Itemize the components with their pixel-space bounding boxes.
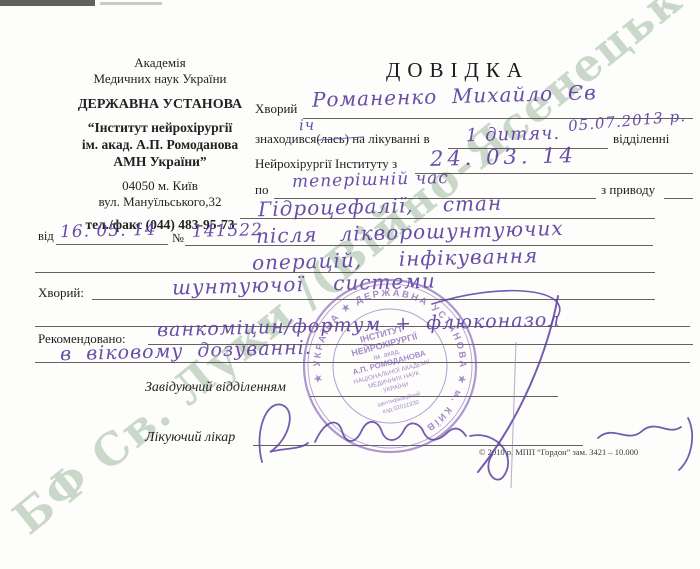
signature-right-descender — [679, 418, 692, 470]
signature-initial — [259, 404, 308, 462]
long-pen-stroke — [478, 296, 558, 472]
signature-strokes — [0, 0, 700, 569]
signature-right-squiggle — [598, 427, 681, 438]
signature-wave — [315, 422, 466, 442]
pen-stroke-loop — [432, 291, 560, 316]
